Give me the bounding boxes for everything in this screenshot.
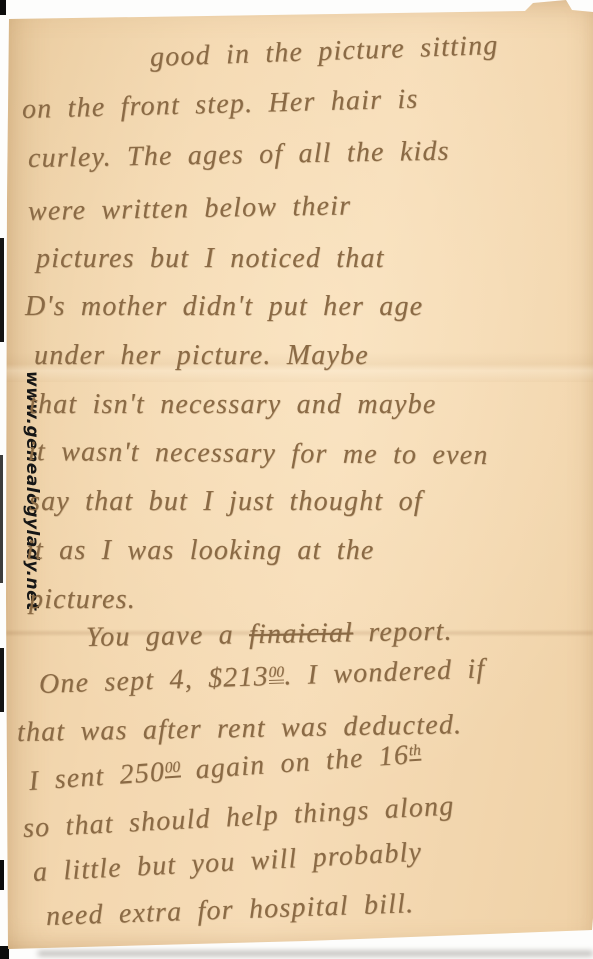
line-text: You gave a xyxy=(86,619,250,653)
handwritten-line: it wasn't necessary for me to even xyxy=(28,436,489,472)
superscript-ordinal: th xyxy=(408,742,421,761)
scanner-edge-artifact xyxy=(0,946,9,959)
handwritten-line: good in the picture sitting xyxy=(149,30,499,74)
scan-shadow xyxy=(38,951,593,956)
handwritten-line: so that should help things along xyxy=(22,790,455,845)
line-text: again on the 16 xyxy=(179,739,410,786)
superscript-cents: 00 xyxy=(164,759,181,778)
letter-paper: www.genealogylady.net good in the pictur… xyxy=(6,0,593,951)
scanner-edge-artifact xyxy=(0,860,4,890)
struck-word: finaicial xyxy=(249,617,354,650)
handwritten-line: need extra for hospital bill. xyxy=(45,888,414,933)
line-text: I sent 250 xyxy=(28,757,166,797)
scanner-edge-artifact xyxy=(0,455,3,583)
scanned-letter-page: www.genealogylady.net good in the pictur… xyxy=(0,0,593,959)
scanner-edge-artifact xyxy=(0,0,6,15)
line-text: . I wondered if xyxy=(284,653,486,691)
handwritten-line: it as I was looking at the xyxy=(26,535,375,567)
superscript-cents: 00 xyxy=(268,664,284,684)
handwritten-line: say that but I just thought of xyxy=(29,486,423,518)
handwritten-line: were written below their xyxy=(28,190,352,228)
line-text: One sept 4, $213 xyxy=(38,661,269,700)
handwritten-line: D's mother didn't put her age xyxy=(25,291,423,323)
handwritten-line: pictures but I noticed that xyxy=(36,243,385,275)
handwritten-line: that isn't necessary and maybe xyxy=(29,389,436,421)
scanner-edge-artifact xyxy=(0,648,4,712)
handwritten-line: curley. The ages of all the kids xyxy=(28,136,450,176)
handwritten-line: a little but you will probably xyxy=(32,837,423,890)
line-text: report. xyxy=(353,616,453,649)
handwritten-line-amount-213: One sept 4, $21300. I wondered if xyxy=(38,653,485,701)
scanner-edge-artifact xyxy=(0,238,4,342)
handwritten-line-financial-report: You gave a finaicial report. xyxy=(86,616,453,655)
handwritten-line: on the front step. Her hair is xyxy=(22,84,419,127)
handwritten-line: pictures. xyxy=(29,584,136,616)
handwritten-line: under her picture. Maybe xyxy=(34,340,369,372)
